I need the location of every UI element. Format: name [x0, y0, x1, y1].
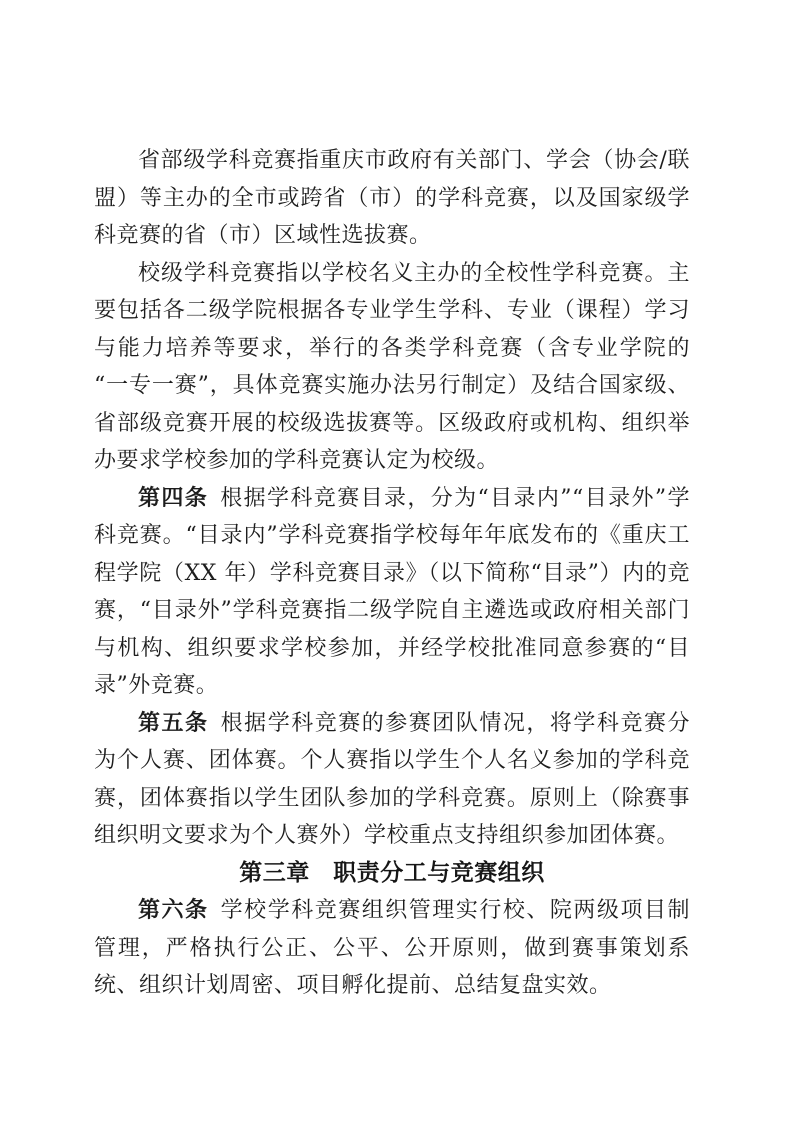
- chapter-3-heading: 第三章 职责分工与竞赛组织: [94, 855, 690, 893]
- paragraph-provincial-competition-definition: 省部级学科竞赛指重庆市政府有关部门、学会（协会/联盟）等主办的全市或跨省（市）的…: [94, 142, 690, 255]
- document-page: 省部级学科竞赛指重庆市政府有关部门、学会（协会/联盟）等主办的全市或跨省（市）的…: [0, 0, 793, 1122]
- paragraph-text: 省部级学科竞赛指重庆市政府有关部门、学会（协会/联盟）等主办的全市或跨省（市）的…: [94, 148, 690, 248]
- article-6-label: 第六条: [138, 897, 209, 923]
- paragraph-article-5: 第五条根据学科竞赛的参赛团队情况，将学科竞赛分为个人赛、团体赛。个人赛指以学生个…: [94, 705, 690, 855]
- article-4-label: 第四条: [138, 485, 208, 511]
- document-body: 省部级学科竞赛指重庆市政府有关部门、学会（协会/联盟）等主办的全市或跨省（市）的…: [94, 142, 690, 1005]
- paragraph-article-6: 第六条学校学科竞赛组织管理实行校、院两级项目制管理，严格执行公正、公平、公开原则…: [94, 892, 690, 1005]
- paragraph-article-4: 第四条根据学科竞赛目录，分为“目录内”“目录外”学科竞赛。“目录内”学科竞赛指学…: [94, 480, 690, 705]
- article-5-label: 第五条: [138, 710, 209, 736]
- paragraph-school-competition-definition: 校级学科竞赛指以学校名义主办的全校性学科竞赛。主要包括各二级学院根据各专业学生学…: [94, 255, 690, 480]
- paragraph-text: 根据学科竞赛目录，分为“目录内”“目录外”学科竞赛。“目录内”学科竞赛指学校每年…: [94, 486, 690, 699]
- paragraph-text: 校级学科竞赛指以学校名义主办的全校性学科竞赛。主要包括各二级学院根据各专业学生学…: [94, 261, 690, 474]
